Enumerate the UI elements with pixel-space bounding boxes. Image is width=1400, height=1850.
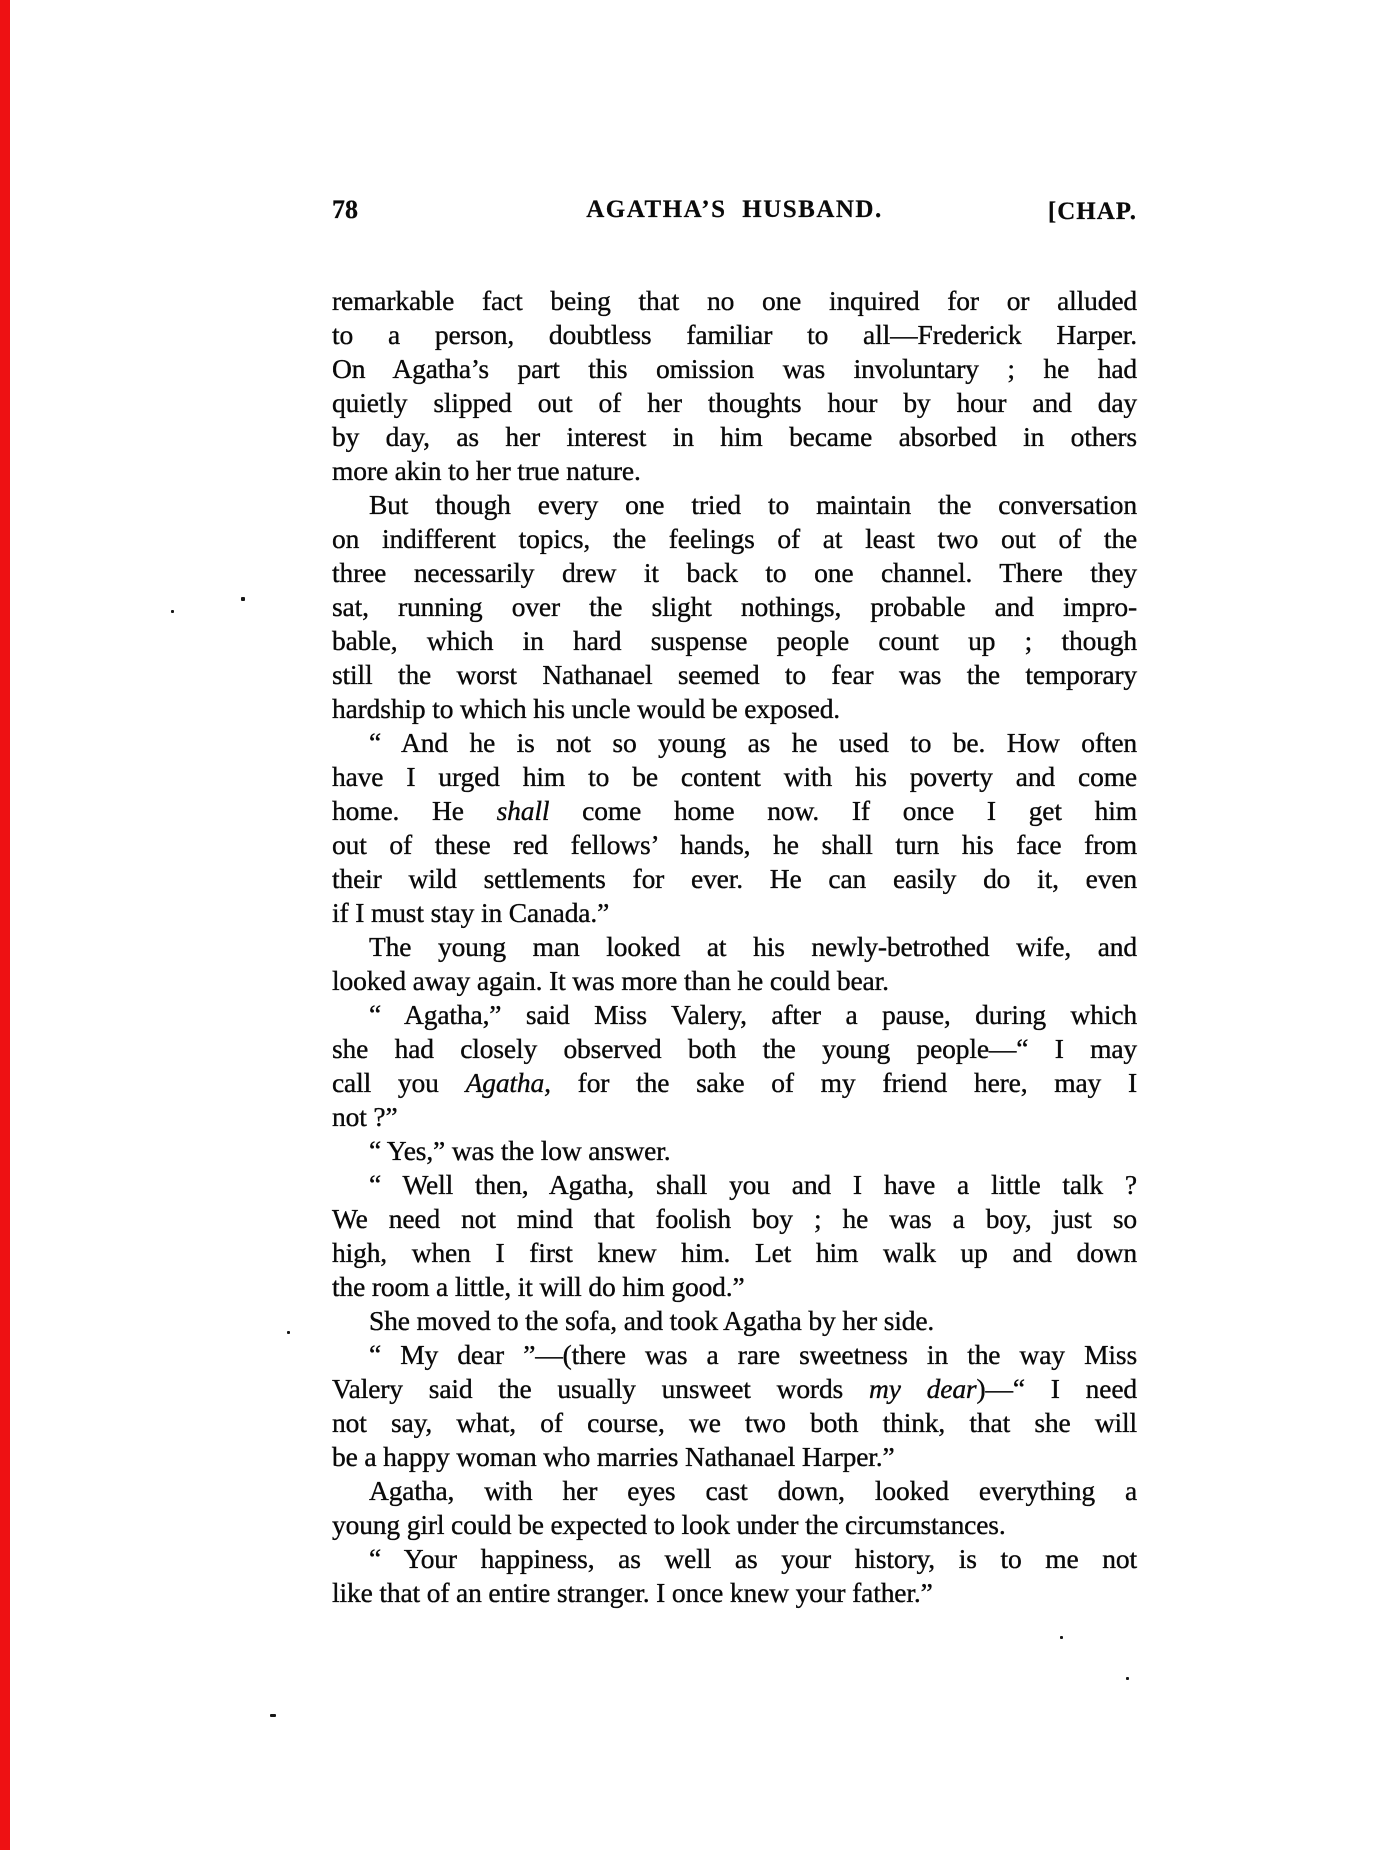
scan-speck [287,1331,290,1334]
text-segment: call you [332,1067,466,1098]
italic-text-segment: Agatha, [466,1067,551,1098]
text-line: “ Yes,” was the low answer. [332,1134,1137,1168]
text-line: Agatha, with her eyes cast down, looked … [332,1474,1137,1508]
italic-text-segment: shall [497,795,550,826]
text-line: on indifferent topics, the feelings of a… [332,522,1137,556]
text-segment: have I urged him to be content with his … [332,761,1137,792]
text-segment: hardship to which his uncle would be exp… [332,693,840,724]
text-line: to a person, doubtless familiar to all—F… [332,318,1137,352]
text-line: bable, which in hard suspense people cou… [332,624,1137,658]
text-segment: But though every one tried to maintain t… [369,489,1137,520]
text-line: she had closely observed both the young … [332,1032,1137,1066]
text-segment: to a person, doubtless familiar to all—F… [332,319,1137,350]
text-segment: quietly slipped out of her thoughts hour… [332,387,1137,418]
text-segment: she had closely observed both the young … [332,1033,1137,1064]
text-line: their wild settlements for ever. He can … [332,862,1137,896]
text-segment: She moved to the sofa, and took Agatha b… [369,1305,934,1336]
scan-speck [1060,1636,1063,1639]
text-line: She moved to the sofa, and took Agatha b… [332,1304,1137,1338]
running-title: AGATHA’S HUSBAND. [332,192,1137,228]
italic-text-segment: my dear [869,1373,976,1404]
text-line: more akin to her true nature. [332,454,1137,488]
scan-speck [270,1714,276,1717]
text-segment: home. He [332,795,497,826]
text-segment: “ Your happiness, as well as your histor… [369,1543,1137,1574]
text-line: not ?” [332,1100,1137,1134]
text-segment: “ And he is not so young as he used to b… [369,727,1137,758]
text-segment: looked away again. It was more than he c… [332,965,889,996]
text-segment: “ Agatha,” said Miss Valery, after a pau… [369,999,1137,1030]
text-segment: Valery said the usually unsweet words [332,1373,869,1404]
text-line: “ My dear ”—(there was a rare sweetness … [332,1338,1137,1372]
text-segment: three necessarily drew it back to one ch… [332,557,1137,588]
text-segment: not ?” [332,1101,398,1132]
page-body: remarkable fact being that no one inquir… [332,284,1137,1610]
text-segment: not say, what, of course, we two both th… [332,1407,1137,1438]
text-segment: out of these red fellows’ hands, he shal… [332,829,1137,860]
text-line: be a happy woman who marries Nathanael H… [332,1440,1137,1474]
text-segment: Agatha, with her eyes cast down, looked … [369,1475,1137,1506]
page-header: 78 AGATHA’S HUSBAND. [CHAP. [332,192,1137,232]
text-line: by day, as her interest in him became ab… [332,420,1137,454]
text-segment: high, when I first knew him. Let him wal… [332,1237,1137,1268]
text-line: call you Agatha, for the sake of my frie… [332,1066,1137,1100]
text-segment: We need not mind that foolish boy ; he w… [332,1203,1137,1234]
text-segment: like that of an entire stranger. I once … [332,1577,933,1608]
text-segment: still the worst Nathanael seemed to fear… [332,659,1137,690]
text-segment: On Agatha’s part this omission was invol… [332,353,1137,384]
text-segment: for the sake of my friend here, may I [551,1067,1137,1098]
text-line: hardship to which his uncle would be exp… [332,692,1137,726]
text-line: “ And he is not so young as he used to b… [332,726,1137,760]
text-line: “ Agatha,” said Miss Valery, after a pau… [332,998,1137,1032]
text-segment: if I must stay in Canada.” [332,897,609,928]
text-segment: on indifferent topics, the feelings of a… [332,523,1137,554]
text-line: The young man looked at his newly-betrot… [332,930,1137,964]
text-line: remarkable fact being that no one inquir… [332,284,1137,318]
text-line: young girl could be expected to look und… [332,1508,1137,1542]
chapter-marker: [CHAP. [1048,194,1137,230]
text-line: “ Well then, Agatha, shall you and I hav… [332,1168,1137,1202]
text-segment: young girl could be expected to look und… [332,1509,1006,1540]
text-block: 78 AGATHA’S HUSBAND. [CHAP. remarkable f… [332,192,1137,232]
text-line: On Agatha’s part this omission was invol… [332,352,1137,386]
text-line: We need not mind that foolish boy ; he w… [332,1202,1137,1236]
text-segment: more akin to her true nature. [332,455,641,486]
text-line: high, when I first knew him. Let him wal… [332,1236,1137,1270]
scan-speck [241,597,245,601]
text-line: not say, what, of course, we two both th… [332,1406,1137,1440]
text-segment: the room a little, it will do him good.” [332,1271,745,1302]
text-segment: sat, running over the slight nothings, p… [332,591,1137,622]
text-line: if I must stay in Canada.” [332,896,1137,930]
scan-speck [1126,1677,1129,1680]
text-segment: The young man looked at his newly-betrot… [369,931,1137,962]
text-line: still the worst Nathanael seemed to fear… [332,658,1137,692]
page-edge-strip [0,0,10,1850]
scan-speck [171,610,174,613]
book-page: 78 AGATHA’S HUSBAND. [CHAP. remarkable f… [0,0,1400,1850]
text-segment: their wild settlements for ever. He can … [332,863,1137,894]
text-line: three necessarily drew it back to one ch… [332,556,1137,590]
text-segment: by day, as her interest in him became ab… [332,421,1137,452]
text-line: Valery said the usually unsweet words my… [332,1372,1137,1406]
text-segment: )—“ I need [976,1373,1137,1404]
text-line: like that of an entire stranger. I once … [332,1576,1137,1610]
text-segment: be a happy woman who marries Nathanael H… [332,1441,895,1472]
text-line: looked away again. It was more than he c… [332,964,1137,998]
text-segment: remarkable fact being that no one inquir… [332,285,1137,316]
text-segment: bable, which in hard suspense people cou… [332,625,1137,656]
text-segment: “ Well then, Agatha, shall you and I hav… [369,1169,1137,1200]
text-segment: “ Yes,” was the low answer. [369,1135,670,1166]
text-line: have I urged him to be content with his … [332,760,1137,794]
text-segment: “ My dear ”—(there was a rare sweetness … [369,1339,1137,1370]
text-line: “ Your happiness, as well as your histor… [332,1542,1137,1576]
text-line: out of these red fellows’ hands, he shal… [332,828,1137,862]
text-line: sat, running over the slight nothings, p… [332,590,1137,624]
text-line: the room a little, it will do him good.” [332,1270,1137,1304]
text-line: quietly slipped out of her thoughts hour… [332,386,1137,420]
text-line: home. He shall come home now. If once I … [332,794,1137,828]
text-segment: come home now. If once I get him [549,795,1137,826]
text-line: But though every one tried to maintain t… [332,488,1137,522]
